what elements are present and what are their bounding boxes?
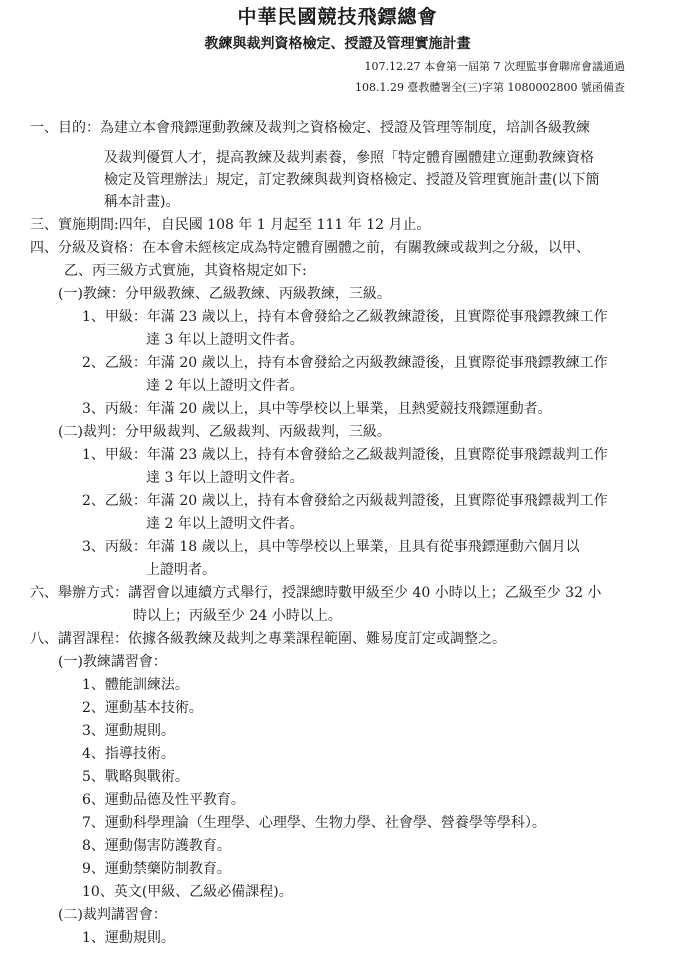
list-item: 5、戰略與戰術。 bbox=[82, 766, 189, 788]
list-item: 2、運動基本技術。 bbox=[82, 697, 203, 719]
filing-note: 108.1.29 臺教體署全(三)字第 1080002800 號函備查 bbox=[355, 79, 625, 95]
list-item: 1、運動規則。 bbox=[82, 927, 175, 949]
text-line: 達 2 年以上證明文件者。 bbox=[146, 375, 304, 397]
list-item: 10、英文(甲級、乙級必備課程)。 bbox=[82, 881, 293, 903]
document-page: 中華民國競技飛鏢總會 教練與裁判資格檢定、授證及管理實施計畫 107.12.27… bbox=[0, 0, 675, 960]
text-line: 達 3 年以上證明文件者。 bbox=[146, 467, 304, 489]
text-line: 上證明者。 bbox=[146, 559, 216, 581]
list-item: 1、甲級：年滿 23 歲以上，持有本會發給之乙級教練證後，且實際從事飛鏢教練工作 bbox=[82, 306, 608, 328]
section-purpose: 一、目的：為建立本會飛鏢運動教練及裁判之資格檢定、授證及管理等制度，培訓各級教練 bbox=[30, 117, 590, 139]
text-line: 乙、丙三級方式實施，其資格規定如下: bbox=[64, 260, 307, 282]
document-subtitle: 教練與裁判資格檢定、授證及管理實施計畫 bbox=[0, 33, 675, 53]
approval-note: 107.12.27 本會第一屆第 7 次理監事會聯席會議通過 bbox=[365, 58, 625, 74]
list-item: 4、指導技術。 bbox=[82, 743, 175, 765]
list-item: 8、運動傷害防護教育。 bbox=[82, 835, 231, 857]
subsection-coach-course: (一)教練講習會： bbox=[58, 651, 167, 673]
list-item: 3、丙級：年滿 18 歲以上，具中等學校以上畢業，且具有從事飛鏢運動六個月以 bbox=[82, 536, 580, 558]
text-line: 達 3 年以上證明文件者。 bbox=[146, 329, 304, 351]
text-line: 達 2 年以上證明文件者。 bbox=[146, 513, 304, 535]
subsection-referee-course: (二)裁判講習會： bbox=[58, 904, 167, 926]
list-item: 7、運動科學理論（生理學、心理學、生物力學、社會學、營養學等學科）。 bbox=[82, 812, 546, 834]
list-item: 6、運動品德及性平教育。 bbox=[82, 789, 245, 811]
list-item: 2、乙級：年滿 20 歲以上，持有本會發給之丙級裁判證後，且實際從事飛鏢裁判工作 bbox=[82, 490, 608, 512]
text-line: 時以上；丙級至少 24 小時以上。 bbox=[133, 605, 342, 627]
section-grading: 四、分級及資格：在本會未經核定成為特定體育團體之前，有關教練或裁判之分級，以甲、 bbox=[30, 237, 590, 259]
list-item: 2、乙級：年滿 20 歲以上，持有本會發給之丙級教練證後，且實際從事飛鏢教練工作 bbox=[82, 352, 608, 374]
text-line: 稱本計畫)。 bbox=[104, 191, 179, 213]
section-format: 六、舉辦方式：講習會以連續方式舉行，授課總時數甲級至少 40 小時以上；乙級至少… bbox=[30, 582, 601, 604]
section-period: 三、實施期間:四年，自民國 108 年 1 月起至 111 年 12 月止。 bbox=[30, 214, 430, 236]
list-item: 1、體能訓練法。 bbox=[82, 674, 189, 696]
document-title: 中華民國競技飛鏢總會 bbox=[0, 2, 675, 29]
text-line: 檢定及管理辦法」規定，訂定教練與裁判資格檢定、授證及管理實施計畫(以下簡 bbox=[104, 169, 599, 191]
list-item: 1、甲級：年滿 23 歲以上，持有本會發給之乙級裁判證後，且實際從事飛鏢裁判工作 bbox=[82, 444, 608, 466]
list-item: 3、運動規則。 bbox=[82, 720, 175, 742]
list-item: 3、丙級：年滿 20 歲以上，具中等學校以上畢業，且熱愛競技飛鏢運動者。 bbox=[82, 398, 552, 420]
subsection-referee: (二)裁判：分甲級裁判、乙級裁判、丙級裁判，三級。 bbox=[58, 421, 391, 443]
section-courses: 八、講習課程：依據各級教練及裁判之專業課程範圍、難易度訂定或調整之。 bbox=[30, 628, 506, 650]
text-line: 及裁判優質人才，提高教練及裁判素養，參照「特定體育團體建立運動教練資格 bbox=[104, 147, 594, 169]
subsection-coach: (一)教練：分甲級教練、乙級教練、丙級教練，三級。 bbox=[58, 283, 391, 305]
list-item: 9、運動禁藥防制教育。 bbox=[82, 858, 231, 880]
